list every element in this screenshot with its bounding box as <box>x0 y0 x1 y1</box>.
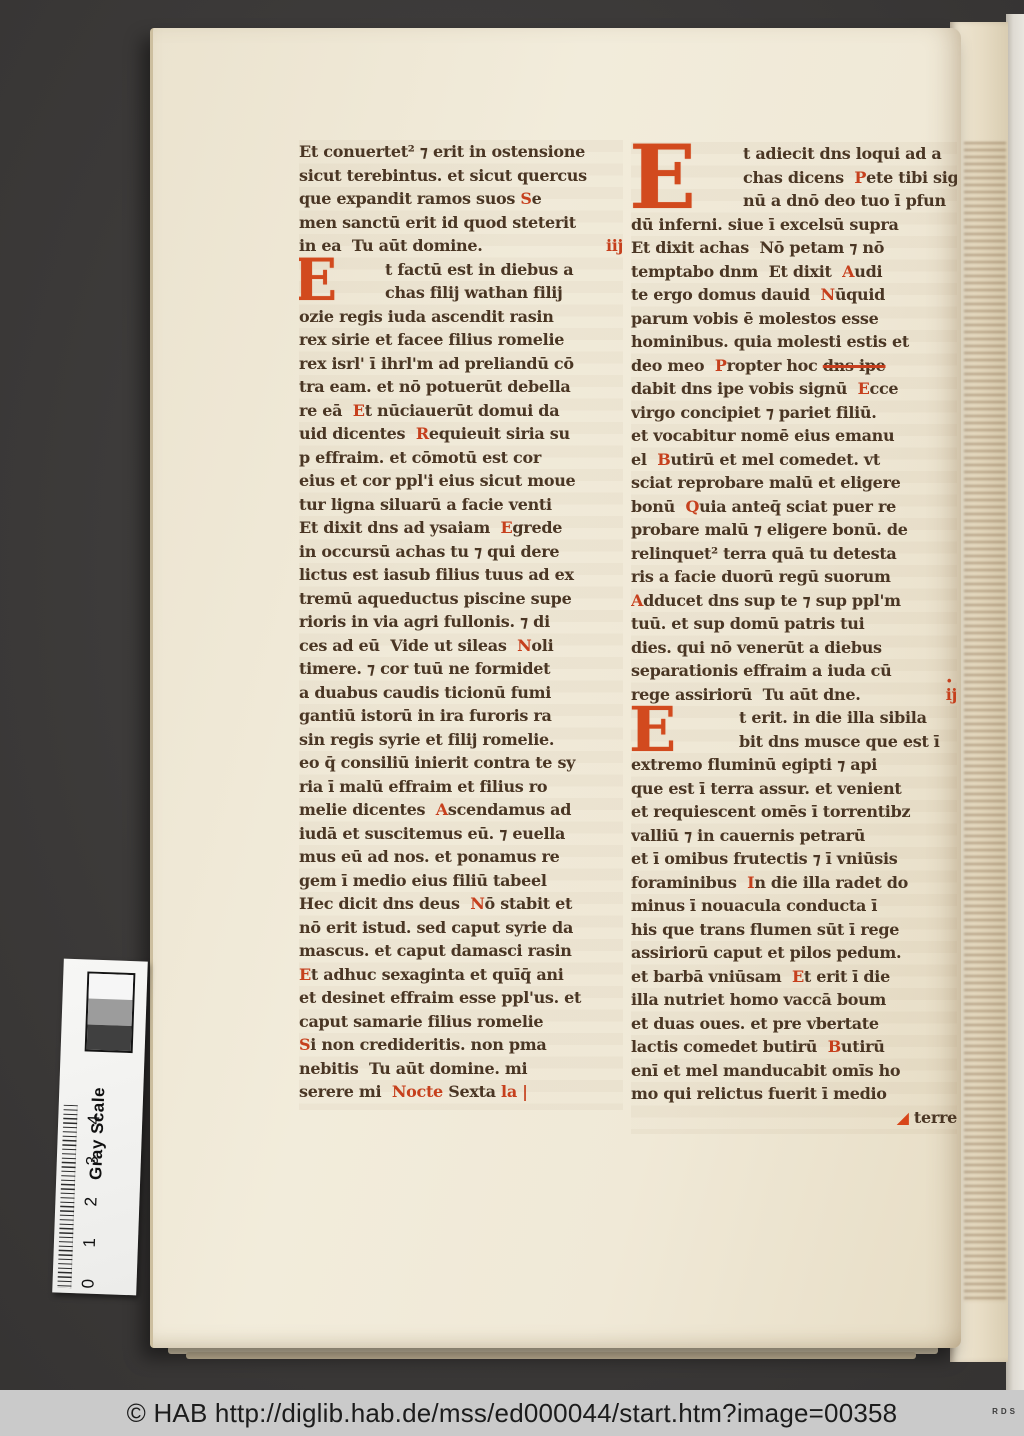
text-segment: caput samarie filius romelie <box>299 1010 543 1034</box>
manuscript-line: sicut terebintus. et sicut quercus <box>299 164 623 188</box>
manuscript-line: Hec dicit dns deus Nō stabit et <box>299 892 623 916</box>
text-segment: minus ī nouacula conducta ī <box>631 894 877 918</box>
text-segment: A <box>631 589 643 613</box>
manuscript-line: timere. ⁊ cor tuū ne formidet <box>299 657 623 681</box>
text-segment: S <box>299 1033 310 1057</box>
text-segment: ūquid <box>835 283 885 307</box>
text-segment: grede <box>512 516 562 540</box>
text-segment: e <box>532 187 542 211</box>
manuscript-page: Et conuertet² ⁊ erit in ostensionesicut … <box>150 28 961 1348</box>
text-segment: eo q̄ consiliū inierit contra te sy <box>299 751 575 775</box>
illuminated-initial: E <box>631 702 676 758</box>
text-segment: melie dicentes <box>299 798 436 822</box>
manuscript-line: el Butirū et mel comedet. vt <box>631 448 957 472</box>
ruler-number: 4 <box>84 1109 105 1130</box>
text-segment: N <box>820 283 834 307</box>
text-segment: et duas oues. et pre vbertate <box>631 1012 879 1036</box>
text-segment: uid dicentes <box>299 422 416 446</box>
margin-mark: • <box>947 673 952 688</box>
manuscript-line: gantiū istorū in ira furoris ra <box>299 704 623 728</box>
manuscript-line: enī et mel manducabit omīs ho <box>631 1059 957 1083</box>
manuscript-line: tur ligna siluarū a facie venti <box>299 493 623 517</box>
manuscript-line: dabit dns ipe vobis signū Ecce <box>631 377 957 401</box>
text-segment: p effraim. et cōmotū est cor <box>299 446 541 470</box>
text-segment: equieuit siria su <box>429 422 570 446</box>
manuscript-line: iudā et suscitemus eū. ⁊ euella <box>299 822 623 846</box>
manuscript-line: et requiescent omēs ī torrentibz <box>631 800 957 824</box>
gray-patch <box>88 999 133 1026</box>
text-segment: enī et mel manducabit omīs ho <box>631 1059 900 1083</box>
text-segment: E <box>299 963 311 987</box>
manuscript-line: extremo fluminū egipti ⁊ api <box>631 753 957 777</box>
text-segment: Q <box>685 495 699 519</box>
manuscript-line: rioris in via agri fullonis. ⁊ di <box>299 610 623 634</box>
photo-background: Et conuertet² ⁊ erit in ostensionesicut … <box>0 0 1024 1436</box>
text-segment: et desinet effraim esse ppl'us. et <box>299 986 581 1010</box>
manuscript-line: mo qui relictus fuerit ī medio <box>631 1082 957 1106</box>
text-column-right: t adiecit dns loqui ad achas dicens Pete… <box>631 142 957 1134</box>
text-segment: chas filij wathan filij <box>385 281 563 305</box>
text-segment: tur ligna siluarū a facie venti <box>299 493 552 517</box>
manuscript-line: ces ad eū Vide ut sileas Noli <box>299 634 623 658</box>
text-segment: A <box>436 798 448 822</box>
manuscript-line: et ī omibus frutectis ⁊ ī vniūsis <box>631 847 957 871</box>
text-segment: S <box>520 187 531 211</box>
text-segment: nebitis Tu aūt domine. mi <box>299 1057 527 1081</box>
manuscript-line: foraminibus In die illa radet do <box>631 871 957 895</box>
text-segment: ◢ <box>897 1106 914 1130</box>
manuscript-line: sin regis syrie et filij romelie. <box>299 728 623 752</box>
text-segment: relinquet² terra quā tu detesta <box>631 542 897 566</box>
manuscript-line: ozie regis iuda ascendit rasin <box>299 305 623 329</box>
text-segment: ete tibi sig <box>866 166 957 190</box>
text-segment: Et conuertet² ⁊ erit in ostensione <box>299 140 585 164</box>
manuscript-line: et barbā vniūsam Et erit ī die <box>631 965 957 989</box>
manuscript-line: que expandit ramos suos Se <box>299 187 623 211</box>
manuscript-line: mascus. et caput damasci rasin <box>299 939 623 963</box>
manuscript-line: uid dicentes Requieuit siria su <box>299 422 623 446</box>
text-segment: in occursū achas tu ⁊ qui dere <box>299 540 559 564</box>
text-segment: chas dicens <box>743 166 854 190</box>
text-segment: te ergo domus dauid <box>631 283 820 307</box>
copyright-caption: © HAB http://diglib.hab.de/mss/ed000044/… <box>0 1398 1024 1429</box>
manuscript-line: eius et cor ppl'i eius sicut moue <box>299 469 623 493</box>
text-segment: P <box>854 166 866 190</box>
text-segment: B <box>657 448 670 472</box>
text-segment: iij <box>606 234 623 258</box>
text-segment: rex isrl' ī ihrl'm ad preliandū cō <box>299 352 574 376</box>
manuscript-line: rege assiriorū Tu aūt dne.ij <box>631 683 957 707</box>
text-segment: la | <box>496 1080 528 1104</box>
text-segment: el <box>631 448 657 472</box>
text-segment: P <box>715 354 727 378</box>
gray-scale-patches <box>85 971 136 1053</box>
text-segment: Hec dicit dns deus <box>299 892 470 916</box>
manuscript-line: Et adhuc sexaginta et quīq̄ ani <box>299 963 623 987</box>
text-segment: sciat reprobare malū et eligere <box>631 471 901 495</box>
text-segment: ō stabit et <box>485 892 573 916</box>
text-segment: t adiecit dns loqui ad a <box>743 142 941 166</box>
manuscript-line: ria ī malū effraim et filius ro <box>299 775 623 799</box>
manuscript-line: assiriorū caput et pilos pedum. <box>631 941 957 965</box>
manuscript-line: illa nutriet homo vaccā boum <box>631 988 957 1012</box>
manuscript-line: Si non credideritis. non pma <box>299 1033 623 1057</box>
manuscript-line: minus ī nouacula conducta ī <box>631 894 957 918</box>
text-segment: cce <box>870 377 899 401</box>
manuscript-line: et duas oues. et pre vbertate <box>631 1012 957 1036</box>
text-segment: N <box>470 892 484 916</box>
text-segment: ris a facie duorū regū suorum <box>631 565 891 589</box>
gray-patch <box>88 974 133 1001</box>
manuscript-line: in ea Tu aūt domine.iij <box>299 234 623 258</box>
text-segment: i non credideritis. non pma <box>310 1033 546 1057</box>
text-segment: probare malū ⁊ eligere bonū. de <box>631 518 908 542</box>
manuscript-line: eo q̄ consiliū inierit contra te sy <box>299 751 623 775</box>
manuscript-line: t factū est in diebus a <box>299 258 623 282</box>
manuscript-line: ris a facie duorū regū suorum <box>631 565 957 589</box>
text-segment: timere. ⁊ cor tuū ne formidet <box>299 657 550 681</box>
text-segment: rioris in via agri fullonis. ⁊ di <box>299 610 550 634</box>
ruler-numbers: 43210 <box>64 959 148 962</box>
manuscript-line: re eā Et nūciauerūt domui da <box>299 399 623 423</box>
manuscript-line: tra eam. et nō potuerūt debella <box>299 375 623 399</box>
text-segment: gem ī medio eius filiū tabeel <box>299 869 547 893</box>
text-segment: ropter hoc <box>727 354 823 378</box>
text-segment: virgo concipiet ⁊ pariet filiū. <box>631 401 877 425</box>
manuscript-line: caput samarie filius romelie <box>299 1010 623 1034</box>
text-segment: et vocabitur nomē eius emanu <box>631 424 894 448</box>
text-segment: n die illa radet do <box>754 871 908 895</box>
text-segment: dabit dns ipe vobis signū <box>631 377 858 401</box>
ruler-number: 1 <box>80 1232 101 1253</box>
text-segment: lactis comedet butirū <box>631 1035 828 1059</box>
text-segment: dns ipe <box>823 354 886 378</box>
manuscript-line: parum vobis ē molestos esse <box>631 307 957 331</box>
text-segment: et barbā vniūsam <box>631 965 792 989</box>
text-segment: utirū et mel comedet. vt <box>670 448 880 472</box>
text-segment: mascus. et caput damasci rasin <box>299 939 572 963</box>
text-segment: et requiescent omēs ī torrentibz <box>631 800 910 824</box>
text-segment: uia anteq̄ sciat puer re <box>699 495 896 519</box>
text-segment: t factū est in diebus a <box>385 258 573 282</box>
manuscript-line: ◢ terre <box>631 1106 957 1130</box>
next-folio-text-bleed <box>964 142 1006 1302</box>
text-segment: E <box>353 399 365 423</box>
manuscript-line: rex sirie et facee filius romelie <box>299 328 623 352</box>
text-segment: temptabo dnm Et dixit <box>631 260 842 284</box>
text-segment: Nocte <box>392 1080 448 1104</box>
manuscript-line: deo meo Propter hoc dns ipe <box>631 354 957 378</box>
text-segment: re eā <box>299 399 353 423</box>
manuscript-line: Et dixit achas Nō petam ⁊ nō <box>631 236 957 260</box>
manuscript-line: rex isrl' ī ihrl'm ad preliandū cō <box>299 352 623 376</box>
text-segment: utirū <box>841 1035 885 1059</box>
text-segment: his que trans flumen sūt ī rege <box>631 918 899 942</box>
text-segment: men sanctū erit id quod steterit <box>299 211 576 235</box>
manuscript-line: sciat reprobare malū et eligere <box>631 471 957 495</box>
text-segment: rex sirie et facee filius romelie <box>299 328 564 352</box>
gray-patch <box>87 1024 132 1051</box>
text-segment: tremū aqueductus piscine supe <box>299 587 571 611</box>
manuscript-line: mus eū ad nos. et ponamus re <box>299 845 623 869</box>
text-segment: a duabus caudis ticionū fumi <box>299 681 551 705</box>
manuscript-line: et desinet effraim esse ppl'us. et <box>299 986 623 1010</box>
text-segment: bonū <box>631 495 685 519</box>
text-segment: illa nutriet homo vaccā boum <box>631 988 886 1012</box>
text-segment: serere mi <box>299 1080 392 1104</box>
text-segment: B <box>828 1035 841 1059</box>
manuscript-line: Adducet dns sup te ⁊ sup ppl'm <box>631 589 957 613</box>
caption-bar: © HAB http://diglib.hab.de/mss/ed000044/… <box>0 1390 1024 1436</box>
manuscript-line: p effraim. et cōmotū est cor <box>299 446 623 470</box>
text-segment: dducet dns sup te ⁊ sup ppl'm <box>643 589 901 613</box>
manuscript-line: dies. qui nō venerūt a diebus <box>631 636 957 660</box>
ruler-number: 0 <box>78 1273 99 1294</box>
text-segment: dies. qui nō venerūt a diebus <box>631 636 882 660</box>
manuscript-line: probare malū ⁊ eligere bonū. de <box>631 518 957 542</box>
ruler-number: 3 <box>82 1150 103 1171</box>
text-segment: ozie regis iuda ascendit rasin <box>299 305 554 329</box>
text-segment: eius et cor ppl'i eius sicut moue <box>299 469 575 493</box>
text-segment: mo qui relictus fuerit ī medio <box>631 1082 887 1106</box>
text-segment: t erit ī die <box>804 965 890 989</box>
text-segment: deo meo <box>631 354 715 378</box>
text-segment: foraminibus <box>631 871 747 895</box>
manuscript-line: nō erit istud. sed caput syrie da <box>299 916 623 940</box>
manuscript-line: gem ī medio eius filiū tabeel <box>299 869 623 893</box>
text-segment: t adhuc sexaginta et quīq̄ ani <box>311 963 564 987</box>
text-segment: lictus est iasub filius tuus ad ex <box>299 563 574 587</box>
manuscript-line: his que trans flumen sūt ī rege <box>631 918 957 942</box>
manuscript-line: Et conuertet² ⁊ erit in ostensione <box>299 140 623 164</box>
text-segment: et ī omibus frutectis ⁊ ī vniūsis <box>631 847 897 871</box>
manuscript-line: separationis effraim a iuda cū <box>631 659 957 683</box>
text-segment: hominibus. quia molesti estis et <box>631 330 909 354</box>
manuscript-line: valliū ⁊ in cauernis petrarū <box>631 824 957 848</box>
text-segment: A <box>842 260 854 284</box>
gray-scale-card: Gray Scale 43210 <box>52 959 148 1296</box>
manuscript-line: lactis comedet butirū Butirū <box>631 1035 957 1059</box>
manuscript-line: temptabo dnm Et dixit Audi <box>631 260 957 284</box>
text-segment: E <box>858 377 870 401</box>
text-segment: assiriorū caput et pilos pedum. <box>631 941 901 965</box>
manuscript-line: relinquet² terra quā tu detesta <box>631 542 957 566</box>
text-segment: separationis effraim a iuda cū <box>631 659 891 683</box>
manuscript-line: hominibus. quia molesti estis et <box>631 330 957 354</box>
text-segment: Sexta <box>448 1080 496 1104</box>
text-column-left: Et conuertet² ⁊ erit in ostensionesicut … <box>299 140 623 1110</box>
manuscript-line: te ergo domus dauid Nūquid <box>631 283 957 307</box>
corner-code: RDS <box>992 1407 1018 1416</box>
text-segment: scendamus ad <box>448 798 571 822</box>
manuscript-line: men sanctū erit id quod steterit <box>299 211 623 235</box>
manuscript-line: tremū aqueductus piscine supe <box>299 587 623 611</box>
manuscript-line: et vocabitur nomē eius emanu <box>631 424 957 448</box>
text-segment: t erit. in die illa sibila <box>739 706 927 730</box>
text-segment: ces ad eū Vide ut sileas <box>299 634 517 658</box>
manuscript-line: serere mi Nocte Sexta la | <box>299 1080 623 1104</box>
manuscript-line: virgo concipiet ⁊ pariet filiū. <box>631 401 957 425</box>
text-segment: ria ī malū effraim et filius ro <box>299 775 547 799</box>
manuscript-line: bonū Quia anteq̄ sciat puer re <box>631 495 957 519</box>
text-segment: R <box>416 422 429 446</box>
text-segment: nū a dnō deo tuo ī pfun <box>743 189 946 213</box>
text-segment: gantiū istorū in ira furoris ra <box>299 704 552 728</box>
manuscript-line: t erit. in die illa sibila <box>631 706 957 730</box>
text-segment: E <box>501 516 513 540</box>
manuscript-line: a duabus caudis ticionū fumi <box>299 681 623 705</box>
manuscript-line: melie dicentes Ascendamus ad <box>299 798 623 822</box>
text-segment: valliū ⁊ in cauernis petrarū <box>631 824 865 848</box>
text-segment: terre <box>914 1106 957 1130</box>
text-segment: N <box>517 634 531 658</box>
text-segment: udi <box>854 260 882 284</box>
text-segment: bit dns musce que est ī <box>739 730 940 754</box>
text-segment: E <box>792 965 804 989</box>
text-segment: oli <box>531 634 553 658</box>
text-segment: sin regis syrie et filij romelie. <box>299 728 554 752</box>
text-segment: iudā et suscitemus eū. ⁊ euella <box>299 822 565 846</box>
manuscript-line: tuū. et sup domū patris tui <box>631 612 957 636</box>
manuscript-line: Et dixit dns ad ysaiam Egrede <box>299 516 623 540</box>
text-segment: nō erit istud. sed caput syrie da <box>299 916 573 940</box>
manuscript-line: nebitis Tu aūt domine. mi <box>299 1057 623 1081</box>
book-fore-edge <box>1006 14 1024 1392</box>
manuscript-line: lictus est iasub filius tuus ad ex <box>299 563 623 587</box>
text-segment: parum vobis ē molestos esse <box>631 307 878 331</box>
text-segment: Et dixit dns ad ysaiam <box>299 516 501 540</box>
ruler-number: 2 <box>81 1191 102 1212</box>
text-segment: tuū. et sup domū patris tui <box>631 612 864 636</box>
manuscript-line: in occursū achas tu ⁊ qui dere <box>299 540 623 564</box>
text-segment: que est ī terra assur. et venient <box>631 777 901 801</box>
illuminated-initial: E <box>631 142 696 217</box>
manuscript-line: chas filij wathan filij <box>299 281 623 305</box>
text-segment: t nūciauerūt domui da <box>365 399 560 423</box>
text-segment: mus eū ad nos. et ponamus re <box>299 845 559 869</box>
text-segment: Et dixit achas Nō petam ⁊ nō <box>631 236 884 260</box>
text-segment: tra eam. et nō potuerūt debella <box>299 375 570 399</box>
manuscript-line: que est ī terra assur. et venient <box>631 777 957 801</box>
ruler-ticks <box>57 1105 77 1288</box>
text-segment: sicut terebintus. et sicut quercus <box>299 164 587 188</box>
manuscript-line: bit dns musce que est ī <box>631 730 957 754</box>
text-segment: que expandit ramos suos <box>299 187 520 211</box>
text-segment: I <box>747 871 754 895</box>
page-stack-edge <box>186 1352 916 1359</box>
illuminated-initial: E <box>299 254 337 306</box>
